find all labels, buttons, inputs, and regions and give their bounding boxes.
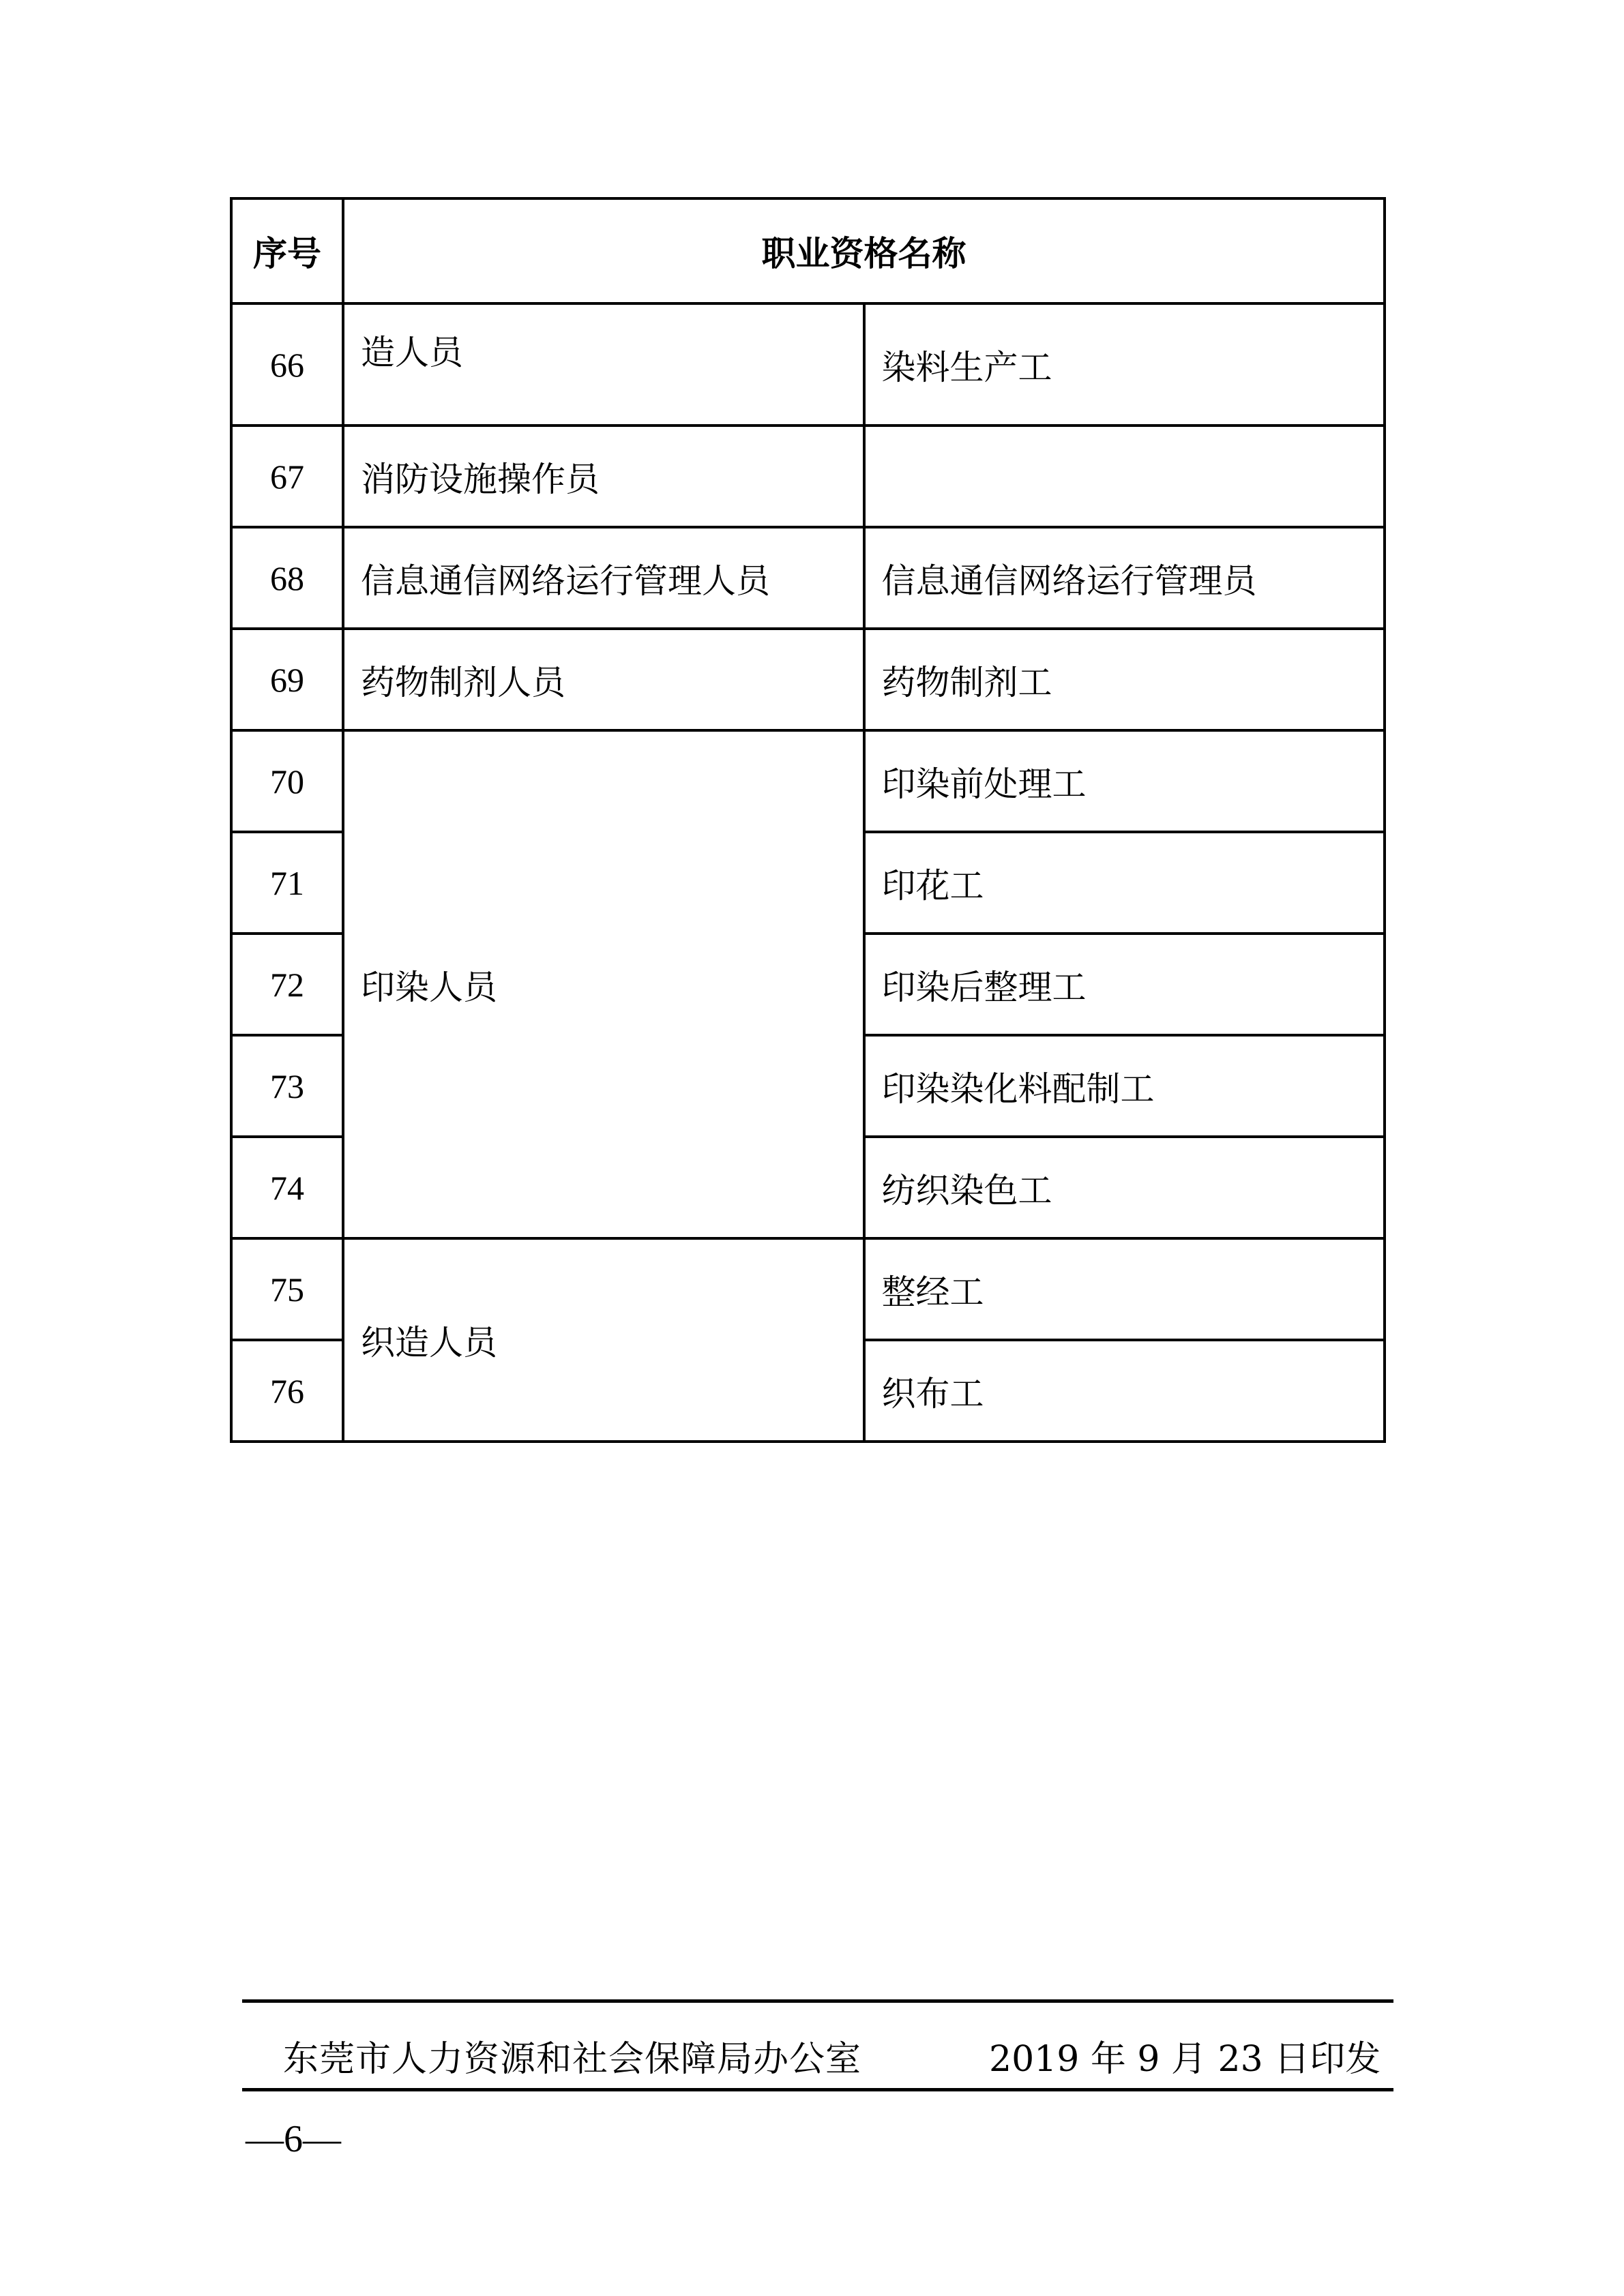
row-name	[864, 426, 1385, 527]
page-number: —6—	[246, 2117, 341, 2161]
row-name: 印染前处理工	[864, 730, 1385, 832]
table-row: 70 印染人员 印染前处理工	[231, 730, 1385, 832]
row-category: 印染人员	[343, 730, 864, 1238]
row-category: 信息通信网络运行管理人员	[343, 527, 864, 629]
table-row: 66 造人员 染料生产工	[231, 303, 1385, 426]
row-category: 药物制剂人员	[343, 629, 864, 730]
qualification-table: 序号 职业资格名称 66 造人员 染料生产工 67 消防设施操作员 68 信息通…	[230, 197, 1386, 1443]
row-category: 织造人员	[343, 1238, 864, 1442]
footer-bottom-rule	[242, 2088, 1393, 2091]
row-name: 印花工	[864, 832, 1385, 934]
table-row: 68 信息通信网络运行管理人员 信息通信网络运行管理员	[231, 527, 1385, 629]
row-name: 织布工	[864, 1340, 1385, 1442]
row-no: 68	[231, 527, 343, 629]
row-no: 74	[231, 1137, 343, 1238]
row-name: 药物制剂工	[864, 629, 1385, 730]
header-title: 职业资格名称	[343, 198, 1385, 303]
row-no: 75	[231, 1238, 343, 1340]
table-header-row: 序号 职业资格名称	[231, 198, 1385, 303]
row-no: 76	[231, 1340, 343, 1442]
footer-issue-date: 2019 年 9 月 23 日印发	[989, 2039, 1381, 2080]
table-row: 75 织造人员 整经工	[231, 1238, 1385, 1340]
footer-issuer: 东莞市人力资源和社会保障局办公室	[283, 2039, 861, 2080]
row-no: 72	[231, 934, 343, 1035]
row-no: 67	[231, 426, 343, 527]
table-row: 69 药物制剂人员 药物制剂工	[231, 629, 1385, 730]
footer-top-rule	[242, 1999, 1393, 2003]
row-name: 信息通信网络运行管理员	[864, 527, 1385, 629]
row-no: 73	[231, 1035, 343, 1137]
table-row: 67 消防设施操作员	[231, 426, 1385, 527]
row-name: 印染染化料配制工	[864, 1035, 1385, 1137]
row-name: 染料生产工	[864, 303, 1385, 426]
row-no: 66	[231, 303, 343, 426]
row-name: 纺织染色工	[864, 1137, 1385, 1238]
row-no: 69	[231, 629, 343, 730]
row-no: 71	[231, 832, 343, 934]
row-name: 整经工	[864, 1238, 1385, 1340]
row-category: 消防设施操作员	[343, 426, 864, 527]
row-no: 70	[231, 730, 343, 832]
header-no: 序号	[231, 198, 343, 303]
row-category: 造人员	[343, 303, 864, 426]
row-name: 印染后整理工	[864, 934, 1385, 1035]
